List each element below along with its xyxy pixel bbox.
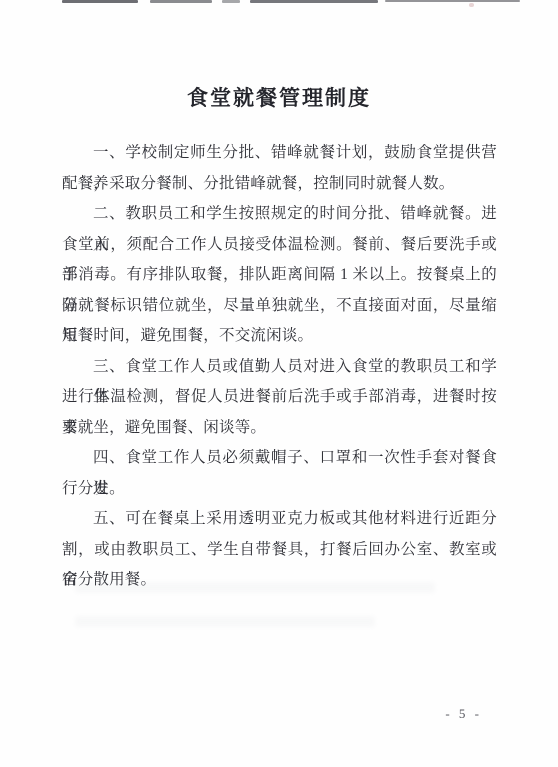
text-line: 用餐时间，避免围餐，不交流闲谈。 [62,321,497,352]
paragraph: 二、教职员工和学生按照规定的时间分批、错峰就餐。进入食堂前，须配合工作人员接受体… [62,199,497,352]
scan-artifact-line [250,0,378,3]
text-line: 隔就餐标识错位就坐，尽量单独就坐，不直接面对面，尽量缩短 [62,291,497,322]
paragraph: 四、食堂工作人员必须戴帽子、口罩和一次性手套对餐食进行分发。 [62,443,497,504]
text-line: 二、教职员工和学生按照规定的时间分批、错峰就餐。进入 [62,199,497,230]
text-line: 一、学校制定师生分批、错峰就餐计划，鼓励食堂提供营养 [62,138,497,169]
paragraph: 三、食堂工作人员或值勤人员对进入食堂的教职员工和学生进行体温检测，督促人员进餐前… [62,352,497,444]
bleed-through-artifact [75,616,375,627]
text-line: 四、食堂工作人员必须戴帽子、口罩和一次性手套对餐食进 [62,443,497,474]
document-body: 一、学校制定师生分批、错峰就餐计划，鼓励食堂提供营养配餐，采取分餐制、分批错峰就… [62,138,497,596]
text-line: 食堂前，须配合工作人员接受体温检测。餐前、餐后要洗手或手 [62,230,497,261]
scan-artifact-line [62,0,138,3]
scan-artifact-line [150,0,212,3]
text-line: 五、可在餐桌上采用透明亚克力板或其他材料进行近距分 [62,504,497,535]
scan-artifact-line [222,0,240,3]
text-line: 三、食堂工作人员或值勤人员对进入食堂的教职员工和学生 [62,352,497,383]
bleed-through-artifact [75,582,435,593]
text-line: 求就坐，避免围餐、闲谈等。 [62,413,497,444]
text-line: 割，或由教职员工、学生自带餐具，打餐后回办公室、教室或宿 [62,535,497,566]
text-line: 行分发。 [62,474,497,505]
scan-artifact-dot [469,3,474,7]
page-title: 食堂就餐管理制度 [0,82,558,112]
text-line: 部消毒。有序排队取餐，排队距离间隔 1 米以上。按餐桌上的分 [62,260,497,291]
scan-artifact-line [385,0,520,2]
text-line: 进行体温检测，督促人员进餐前后洗手或手部消毒，进餐时按要 [62,382,497,413]
text-line: 配餐，采取分餐制、分批错峰就餐，控制同时就餐人数。 [62,169,497,200]
document-page: 食堂就餐管理制度 一、学校制定师生分批、错峰就餐计划，鼓励食堂提供营养配餐，采取… [0,0,558,767]
paragraph: 一、学校制定师生分批、错峰就餐计划，鼓励食堂提供营养配餐，采取分餐制、分批错峰就… [62,138,497,199]
page-number: - 5 - [445,706,482,722]
